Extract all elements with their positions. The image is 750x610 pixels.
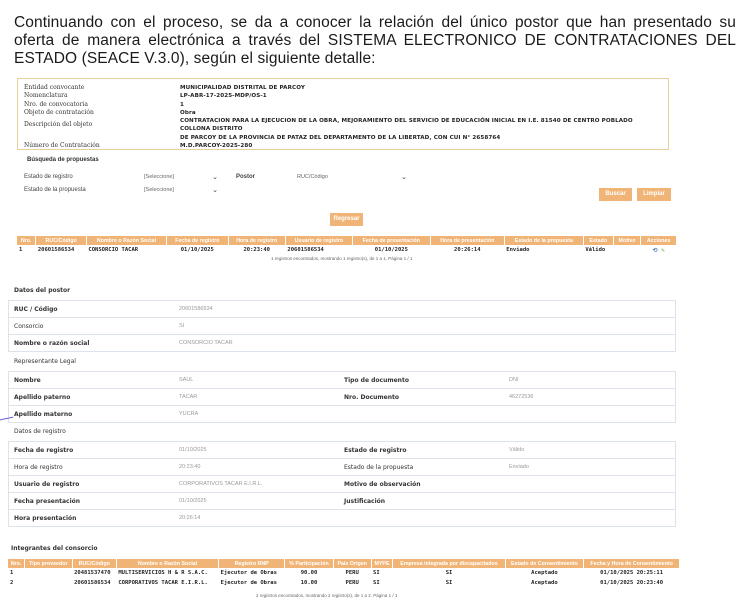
results-body: 120601586534CONSORCIO TACAR01/10/202520:… (17, 245, 677, 255)
field-value: DNI (509, 377, 518, 383)
select-value: [Seleccione] (144, 174, 174, 180)
field-value: TACAR (179, 394, 197, 400)
field-label: Fecha de registro (14, 447, 73, 454)
field-value: CORPORATIVOS TACAR E.I.R.L. (179, 481, 262, 487)
intro-line: Continuando con el proceso, se da a cono… (14, 14, 736, 32)
consorcio-section-title: Integrantes del consorcio (11, 545, 97, 552)
table-cell: 20:26:14 (430, 245, 504, 255)
buscar-button[interactable]: Buscar (599, 188, 632, 201)
table-cell: 01/10/2025 20:25:11 (584, 568, 680, 578)
column-header: Estado de la propuesta (504, 236, 583, 245)
column-header: Estado (583, 236, 613, 245)
column-header: Nombre o Razón Social (116, 559, 218, 568)
field-label: Justificación (344, 498, 385, 505)
table-cell: SI (393, 578, 505, 588)
info-label: Objeto de contratación (24, 109, 180, 117)
info-value: MUNICIPALIDAD DISTRITAL DE PARCOY (180, 84, 662, 92)
table-cell: 20601586534 (285, 245, 352, 255)
results-table: Nro.RUC/CódigoNombre o Razón SocialFecha… (17, 236, 677, 255)
table-cell: MULTISERVICIOS H & R S.A.C. (116, 568, 218, 578)
column-header: Acciones (641, 236, 677, 245)
table-cell: 20601586534 (36, 245, 87, 255)
column-header: RUC/Código (36, 236, 87, 245)
field-value: SI (179, 323, 184, 329)
table-cell (25, 568, 73, 578)
column-header: Motivo (613, 236, 641, 245)
results-row: 120601586534CONSORCIO TACAR01/10/202520:… (17, 245, 677, 255)
field-value: YUCRA (179, 411, 198, 417)
field-label: Nombre o razón social (14, 340, 89, 347)
info-row-objeto: Objeto de contrataciónObra (24, 109, 662, 117)
edit-icon[interactable]: ✎ (661, 247, 665, 254)
info-row-convocatoria: Nro. de convocatoria1 (24, 101, 662, 109)
column-header: Nombre o Razón Social (86, 236, 166, 245)
registro-row: Hora presentación20:26:14 (9, 510, 675, 527)
table-cell: Válido (583, 245, 613, 255)
info-value: M.D.PARCOY-2025-280 (180, 142, 662, 150)
table-cell (613, 245, 641, 255)
registro-row: Fecha de registro01/10/2025 Estado de re… (9, 442, 675, 459)
postor-section-title: Datos del postor (14, 287, 70, 294)
table-cell: CONSORCIO TACAR (86, 245, 166, 255)
field-label: Hora presentación (14, 515, 76, 522)
consorcio-header-row: Nro.Tipo proveedorRUC/CódigoNombre o Raz… (8, 559, 680, 568)
select-value: RUC/Código (297, 174, 328, 180)
table-cell: Ejecutor de Obras (219, 568, 285, 578)
registro-row: Fecha presentación01/10/2025 Justificaci… (9, 493, 675, 510)
intro-paragraph: Continuando con el proceso, se da a cono… (14, 14, 736, 68)
info-label: Número de Contratación (24, 142, 180, 150)
column-header: Fecha de registro (167, 236, 228, 245)
representante-row: Apellido paternoTACAR Nro. Documento4627… (9, 389, 675, 406)
table-cell (25, 578, 73, 588)
table-cell: SI (371, 568, 393, 578)
field-value: 01/10/2025 (179, 447, 207, 453)
registro-section-title: Datos de registro (14, 428, 66, 435)
representante-row: Apellido maternoYUCRA (9, 406, 675, 423)
column-header: % Participación (285, 559, 334, 568)
info-row-nomenclatura: NomenclaturaLP-ABR-17-2025-MDP/OS-1 (24, 92, 662, 100)
registro-row: Hora de registro20:23:40 Estado de la pr… (9, 459, 675, 476)
table-cell: 20601586534 (72, 578, 116, 588)
field-label: Usuario de registro (14, 481, 79, 488)
field-label: Fecha presentación (14, 498, 80, 505)
table-cell: 2 (8, 578, 25, 588)
limpiar-button[interactable]: Limpiar (637, 188, 671, 201)
field-value: 20:26:14 (179, 515, 200, 521)
registro-row: Usuario de registroCORPORATIVOS TACAR E.… (9, 476, 675, 493)
info-label: Descripción del objeto (24, 117, 180, 142)
info-label: Nro. de convocatoria (24, 101, 180, 109)
field-label: Estado de la propuesta (344, 464, 413, 471)
info-row-descripcion: Descripción del objetoCONTRATACION PARA … (24, 117, 662, 142)
descripcion-line: CONTRATACION PARA LA EJECUCION DE LA OBR… (180, 117, 662, 134)
procurement-info-box: Entidad convocanteMUNICIPALIDAD DISTRITA… (17, 78, 669, 150)
postor-label: Postor (236, 174, 255, 180)
table-cell: SI (371, 578, 393, 588)
table-cell: 01/10/2025 (352, 245, 430, 255)
field-value: Enviado (509, 464, 529, 470)
column-header: Empresa integrada por discapacitados (393, 559, 505, 568)
table-cell: Enviado (504, 245, 583, 255)
field-label: Hora de registro (14, 464, 63, 471)
field-value: 01/10/2025 (179, 498, 207, 504)
field-value: CONSORCIO TACAR (179, 340, 233, 346)
registro-panel: Fecha de registro01/10/2025 Estado de re… (8, 441, 676, 527)
field-label: Apellido paterno (14, 394, 70, 401)
estado-propuesta-label: Estado de la propuesta (24, 187, 86, 193)
estado-registro-select[interactable]: [Seleccione]⌄ (144, 174, 218, 183)
consorcio-row: 220601586534CORPORATIVOS TACAR E.I.R.L.E… (8, 578, 680, 588)
field-label: Nombre (14, 377, 41, 384)
info-value: CONTRATACION PARA LA EJECUCION DE LA OBR… (180, 117, 662, 142)
descripcion-line: DE PARCOY DE LA PROVINCIA DE PATAZ DEL D… (180, 134, 662, 142)
column-header: MYPE (371, 559, 393, 568)
info-value: 1 (180, 101, 662, 109)
results-header-row: Nro.RUC/CódigoNombre o Razón SocialFecha… (17, 236, 677, 245)
field-value: Válido (509, 447, 524, 453)
field-label: Nro. Documento (344, 394, 399, 401)
select-value: [Seleccione] (144, 187, 174, 193)
consorcio-body: 120481537470MULTISERVICIOS H & R S.A.C.E… (8, 568, 680, 588)
consorcio-row: 120481537470MULTISERVICIOS H & R S.A.C.E… (8, 568, 680, 578)
field-label: Tipo de documento (344, 377, 409, 384)
pen-mark (0, 417, 15, 428)
view-icon[interactable]: ⟲ (652, 247, 661, 254)
field-value: 20:23:40 (179, 464, 200, 470)
column-header: Hora de registro (228, 236, 285, 245)
intro-line: ESTADO (SEACE V.3.0), según el siguiente… (14, 50, 736, 68)
consorcio-table: Nro.Tipo proveedorRUC/CódigoNombre o Raz… (8, 559, 680, 588)
table-cell: 1 (8, 568, 25, 578)
estado-registro-label: Estado de registro (24, 174, 73, 180)
info-row-entidad: Entidad convocanteMUNICIPALIDAD DISTRITA… (24, 84, 662, 92)
column-header: Estado de Consentimiento (505, 559, 584, 568)
table-cell: SI (393, 568, 505, 578)
column-header: RUC/Código (72, 559, 116, 568)
info-label: Entidad convocante (24, 84, 180, 92)
regresar-button[interactable]: Regresar (330, 213, 363, 226)
table-cell: 20:23:40 (228, 245, 285, 255)
chevron-down-icon: ⌄ (401, 173, 407, 181)
search-section-title: Búsqueda de propuestas (27, 157, 99, 163)
field-value: 20601586534 (179, 306, 213, 312)
chevron-down-icon: ⌄ (212, 186, 218, 194)
column-header: Nro. (8, 559, 25, 568)
field-value: SAUL (179, 377, 193, 383)
chevron-down-icon: ⌄ (212, 173, 218, 181)
estado-propuesta-select[interactable]: [Seleccione]⌄ (144, 187, 218, 196)
field-value: 46272536 (509, 394, 533, 400)
column-header: Registro RNP (219, 559, 285, 568)
postor-row: ConsorcioSI (9, 318, 675, 335)
table-cell: 90.00 (285, 568, 334, 578)
table-cell: Aceptado (505, 568, 584, 578)
table-cell: 01/10/2025 20:23:40 (584, 578, 680, 588)
table-cell: PERU (333, 568, 371, 578)
table-cell: Aceptado (505, 578, 584, 588)
info-row-numero: Número de ContrataciónM.D.PARCOY-2025-28… (24, 142, 662, 150)
representante-panel: NombreSAUL Tipo de documentoDNI Apellido… (8, 371, 676, 423)
column-header: Fecha de presentación (352, 236, 430, 245)
representante-section-title: Representante Legal (14, 358, 76, 365)
postor-row: RUC / Código20601586534 (9, 301, 675, 318)
field-label: Motivo de observación (344, 481, 421, 488)
info-value: LP-ABR-17-2025-MDP/OS-1 (180, 92, 662, 100)
field-label: RUC / Código (14, 306, 58, 313)
column-header: Tipo proveedor (25, 559, 73, 568)
intro-line: oferta de manera electrónica a través de… (14, 32, 736, 50)
postor-panel: RUC / Código20601586534 ConsorcioSI Nomb… (8, 300, 676, 352)
column-header: Hora de presentación (430, 236, 504, 245)
table-cell: 10.00 (285, 578, 334, 588)
column-header: País Origen (333, 559, 371, 568)
table-cell: 1 (17, 245, 36, 255)
column-header: Usuario de registro (285, 236, 352, 245)
postor-row: Nombre o razón socialCONSORCIO TACAR (9, 335, 675, 352)
table-cell: CORPORATIVOS TACAR E.I.R.L. (116, 578, 218, 588)
table-cell: ⟲ ✎ (641, 245, 677, 255)
info-value: Obra (180, 109, 662, 117)
table-cell: PERU (333, 578, 371, 588)
info-label: Nomenclatura (24, 92, 180, 100)
representante-row: NombreSAUL Tipo de documentoDNI (9, 372, 675, 389)
column-header: Nro. (17, 236, 36, 245)
table-cell: 01/10/2025 (167, 245, 228, 255)
column-header: Fecha y Hora de Consentimiento (584, 559, 680, 568)
table-cell: Ejecutor de Obras (219, 578, 285, 588)
table-cell: 20481537470 (72, 568, 116, 578)
consorcio-pager: 2 registros encontrados, mostrando 2 reg… (256, 593, 397, 598)
postor-select[interactable]: RUC/Código⌄ (297, 174, 407, 183)
field-label: Consorcio (14, 323, 43, 330)
field-label: Apellido materno (14, 411, 72, 418)
results-pager: 1 registros encontrados, mostrando 1 reg… (271, 256, 412, 261)
field-label: Estado de registro (344, 447, 406, 454)
